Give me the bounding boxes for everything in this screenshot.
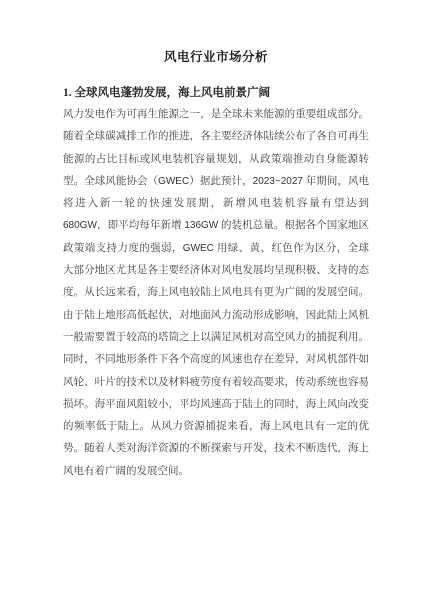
document-title: 风电行业市场分析 [63,0,369,65]
document-page: 风电行业市场分析 1. 全球风电蓬勃发展，海上风电前景广阔 风力发电作为可再生能… [0,0,424,600]
section-heading: 1. 全球风电蓬勃发展，海上风电前景广阔 [63,86,369,100]
document-content: 风电行业市场分析 1. 全球风电蓬勃发展，海上风电前景广阔 风力发电作为可再生能… [63,0,369,483]
body-paragraph: 风力发电作为可再生能源之一，是全球未来能源的重要组成部分。随着全球碳减排工作的推… [63,104,369,483]
